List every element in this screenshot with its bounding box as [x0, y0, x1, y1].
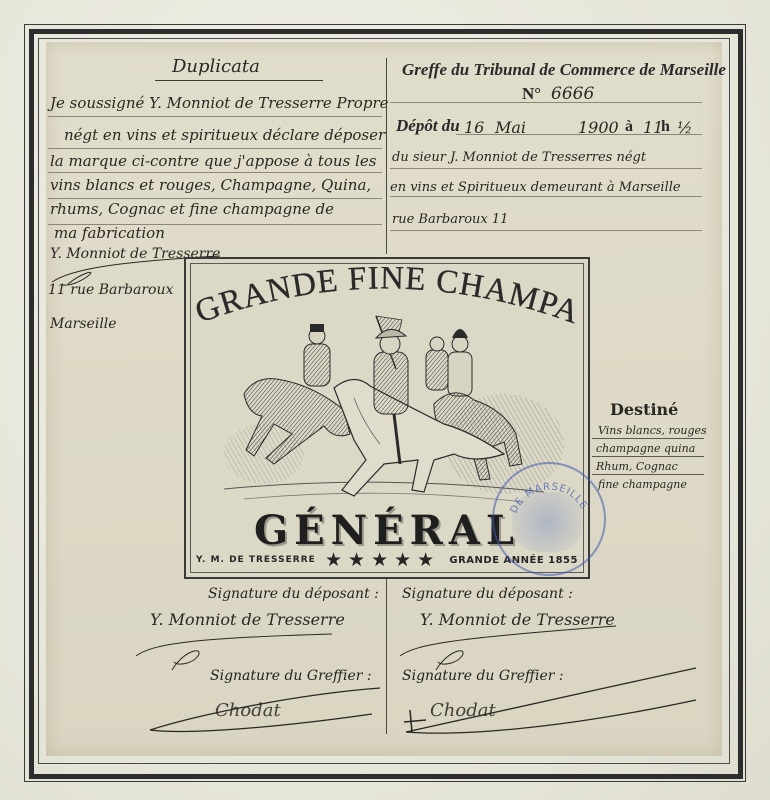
- registry-number-label: N°: [522, 84, 541, 104]
- declaration-line-4: vins blancs et rouges, Champagne, Quina,: [50, 176, 371, 194]
- ruled-line: [592, 474, 704, 475]
- registry-title: Greffe du Tribunal de Commerce de Marsei…: [402, 60, 726, 80]
- destination-title: Destiné: [610, 400, 678, 419]
- declaration-line-5: rhums, Cognac et fine champagne de: [50, 200, 334, 218]
- ruled-line: [48, 198, 382, 199]
- declaration-line-1: Je soussigné Y. Monniot de Tresserre Pro…: [50, 94, 389, 112]
- ruled-line: [48, 148, 382, 149]
- declaration-line-6: ma fabrication: [54, 224, 165, 242]
- duplicata-underline: [155, 80, 323, 81]
- left-clerk-flourish: [140, 684, 390, 738]
- label-footer: Y. M. DE TRESSERRE ★★★★★ GRANDE ANNÉE 18…: [196, 551, 578, 569]
- ruled-line: [592, 456, 704, 457]
- ruled-line: [48, 116, 382, 117]
- brand-name: GÉNÉRAL: [186, 507, 588, 554]
- ruled-line: [390, 102, 702, 103]
- champagne-label: GRANDE FINE CHAMPAGNE: [184, 257, 590, 579]
- address-line-2: Marseille: [50, 316, 117, 332]
- ruled-line: [592, 438, 704, 439]
- left-depositor-signature-label: Signature du déposant :: [208, 586, 379, 602]
- declaration-line-2: négt en vins et spiritueux déclare dépos…: [64, 126, 385, 144]
- depositor-line-2: en vins et Spiritueux demeurant à Marsei…: [390, 180, 681, 195]
- duplicata-heading: Duplicata: [172, 56, 260, 77]
- top-column-divider: [386, 58, 387, 254]
- ruled-line: [390, 196, 702, 197]
- registry-number-value: 6666: [551, 84, 594, 104]
- ruled-line: [390, 230, 702, 231]
- ruled-line: [456, 134, 702, 135]
- destination-line-4: fine champagne: [598, 478, 687, 491]
- right-clerk-flourish: [396, 650, 706, 740]
- maker-name: Y. M. DE TRESSERRE: [196, 555, 316, 565]
- declaration-line-3: la marque ci-contre que j'appose à tous …: [50, 152, 376, 170]
- depositor-line-1: du sieur J. Monniot de Tresserres négt: [392, 150, 646, 165]
- depositor-line-3: rue Barbaroux 11: [392, 212, 508, 227]
- right-depositor-signature-label: Signature du déposant :: [402, 586, 573, 602]
- ruled-line: [390, 168, 702, 169]
- cavalry-engraving: [204, 314, 566, 514]
- destination-line-2: champagne quina: [596, 442, 695, 455]
- ruled-line: [48, 172, 382, 173]
- star-rating: ★★★★★: [325, 551, 440, 570]
- destination-line-1: Vins blancs, rouges: [598, 424, 707, 437]
- deposit-label: Dépôt du: [396, 116, 460, 136]
- address-line-1: 11 rue Barbaroux: [48, 282, 173, 298]
- destination-line-3: Rhum, Cognac: [596, 460, 678, 473]
- vintage-text: GRANDE ANNÉE 1855: [449, 555, 578, 566]
- left-clerk-signature-label: Signature du Greffier :: [210, 668, 372, 684]
